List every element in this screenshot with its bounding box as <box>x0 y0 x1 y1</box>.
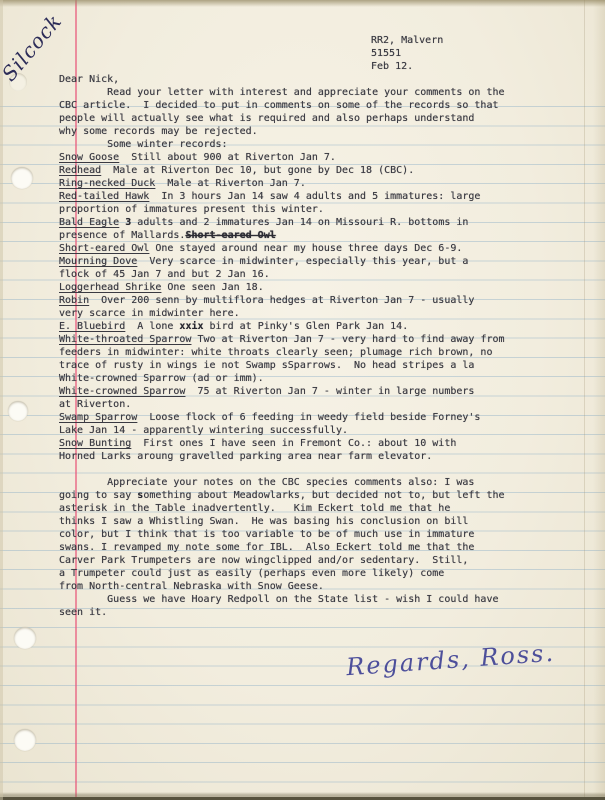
signature: Regards, Ross. <box>345 639 556 682</box>
letter-line: Red-tailed Hawk In 3 hours Jan 14 saw 4 … <box>59 191 480 203</box>
letter-line: very scarce in midwinter here. <box>59 308 240 320</box>
letter-line: presence of Mallards.Short-eared Owl <box>59 230 276 242</box>
letter-line: Short-eared Owl One stayed around near m… <box>59 243 462 255</box>
letter-line: E. Bluebird A lone xxix bird at Pinky's … <box>59 321 408 333</box>
letter-line: Lake Jan 14 - apparently wintering succe… <box>59 425 348 437</box>
letter-line: Robin Over 200 senn by multiflora hedges… <box>59 295 474 307</box>
letter-line: White-crowned Sparrow 75 at Riverton Jan… <box>59 386 474 398</box>
letter-line: Bald Eagle 3 adults and 2 immatures Jan … <box>59 217 468 229</box>
letter-line: swans. I revamped my note some for IBL. … <box>59 542 474 554</box>
letter-line: CBC article. I decided to put in comment… <box>59 100 499 112</box>
letter-line: Carver Park Trumpeters are now wingclipp… <box>59 555 468 567</box>
letter-line: people will actually see what is require… <box>59 113 474 125</box>
paper-right-edge-shadow <box>593 0 605 800</box>
letter-line: 51551 <box>371 48 401 60</box>
scan-left-edge <box>0 0 3 800</box>
letter-line: Some winter records: <box>59 139 228 151</box>
punch-hole <box>14 729 36 751</box>
letter-line: from North-central Nebraska with Snow Ge… <box>59 581 324 593</box>
letter-line: Feb 12. <box>371 61 413 73</box>
letter-line: going to say something about Meadowlarks… <box>59 490 505 502</box>
letter-line: Redhead Male at Riverton Dec 10, but gon… <box>59 165 414 177</box>
letter-page: Silcock RR2, Malvern51551Feb 12.Dear Nic… <box>0 0 605 800</box>
letter-line: Ring-necked Duck Male at Riverton Jan 7. <box>59 178 306 190</box>
letter-line: Snow Bunting First ones I have seen in F… <box>59 438 456 450</box>
punch-hole <box>8 401 28 421</box>
punch-hole <box>11 167 33 189</box>
letter-line: at Riverton. <box>59 399 131 411</box>
letter-line: White-crowned Sparrow (ad or imm). <box>59 373 264 385</box>
letter-line: trace of rusty in wings ie not Swamp sSp… <box>59 360 474 372</box>
letter-line: color, but I think that is too variable … <box>59 529 474 541</box>
letter-line: flock of 45 Jan 7 and but 2 Jan 16. <box>59 269 270 281</box>
letter-line: Read your letter with interest and appre… <box>59 87 505 99</box>
scan-bottom-edge <box>0 792 605 800</box>
scan-top-edge <box>0 0 605 7</box>
letter-line: Loggerhead Shrike One seen Jan 18. <box>59 282 264 294</box>
letter-line: seen it. <box>59 607 107 619</box>
letter-line: proportion of immatures present this win… <box>59 204 324 216</box>
paper-fold-line <box>584 0 585 800</box>
letter-line: Mourning Dove Very scarce in midwinter, … <box>59 256 468 268</box>
letter-line: a Trumpeter could just as easily (perhap… <box>59 568 444 580</box>
handwritten-name: Silcock <box>0 9 67 86</box>
letter-line: Appreciate your notes on the CBC species… <box>59 477 474 489</box>
letter-line: Dear Nick, <box>59 74 119 86</box>
letter-line: feeders in midwinter: white throats clea… <box>59 347 492 359</box>
letter-line: RR2, Malvern <box>371 35 443 47</box>
letter-line: Horned Larks aroung gravelled parking ar… <box>59 451 432 463</box>
letter-line: thinks I saw a Whistling Swan. He was ba… <box>59 516 468 528</box>
letter-line: asterisk in the Table inadvertently. Kim… <box>59 503 450 515</box>
letter-line: Snow Goose Still about 900 at Riverton J… <box>59 152 336 164</box>
letter-line: Guess we have Hoary Redpoll on the State… <box>59 594 499 606</box>
letter-line: White-throated Sparrow Two at Riverton J… <box>59 334 505 346</box>
letter-line: why some records may be rejected. <box>59 126 258 138</box>
letter-line: Swamp Sparrow Loose flock of 6 feeding i… <box>59 412 480 424</box>
punch-hole <box>14 627 36 649</box>
